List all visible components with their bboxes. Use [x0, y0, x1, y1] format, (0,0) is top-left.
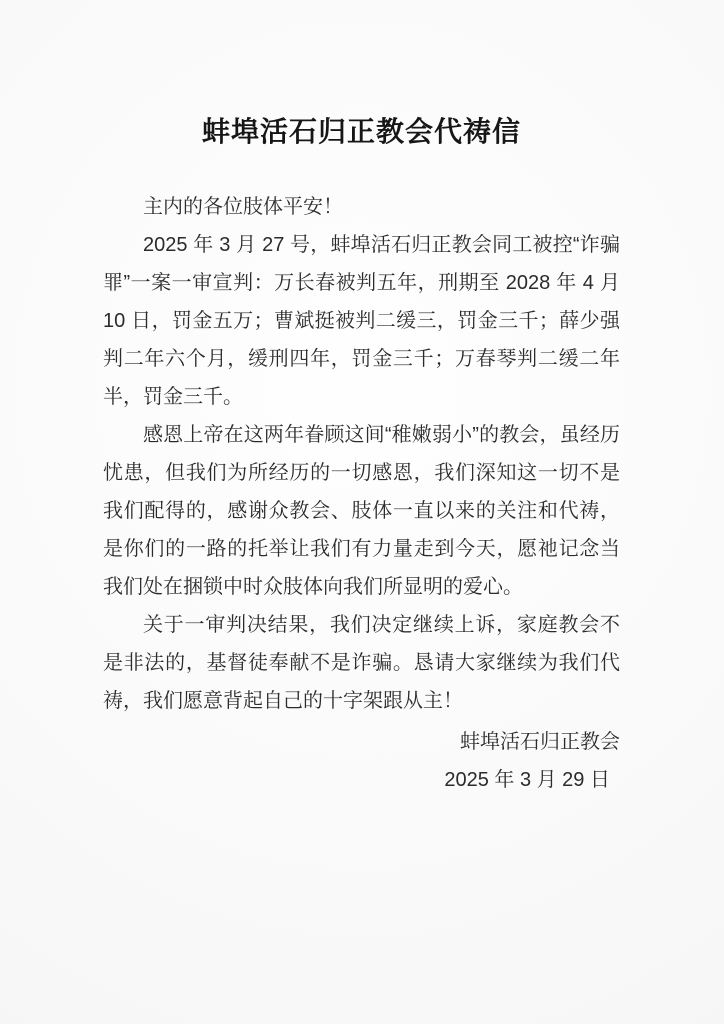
paragraph-appeal: 关于一审判决结果，我们决定继续上诉，家庭教会不是非法的，基督徒奉献不是诈骗。恳请… [103, 606, 620, 720]
signature-block: 蚌埠活石归正教会 2025 年 3 月 29 日 [103, 723, 620, 799]
page-title: 蚌埠活石归正教会代祷信 [103, 112, 620, 152]
paragraph-verdict: 2025 年 3 月 27 号，蚌埠活石归正教会同工被控“诈骗罪”一案一审宣判：… [103, 226, 620, 416]
paragraph-gratitude: 感恩上帝在这两年眷顾这间“稚嫩弱小”的教会，虽经历忧患，但我们为所经历的一切感恩… [103, 416, 620, 606]
letter-content: 蚌埠活石归正教会代祷信 主内的各位肢体平安！ 2025 年 3 月 27 号，蚌… [103, 0, 620, 799]
letter-body: 主内的各位肢体平安！ 2025 年 3 月 27 号，蚌埠活石归正教会同工被控“… [103, 188, 620, 799]
signature-line: 蚌埠活石归正教会 [103, 723, 620, 761]
date-line: 2025 年 3 月 29 日 [103, 761, 620, 799]
greeting-line: 主内的各位肢体平安！ [103, 188, 620, 226]
letter-page: 蚌埠活石归正教会代祷信 主内的各位肢体平安！ 2025 年 3 月 27 号，蚌… [0, 0, 724, 1024]
